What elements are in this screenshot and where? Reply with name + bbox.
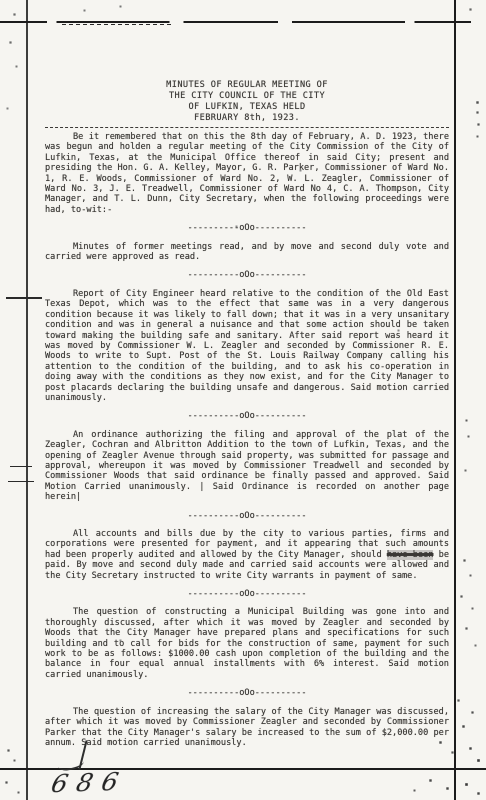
section-separator: ----------oOo---------- <box>45 589 449 599</box>
margin-tick-mark <box>8 481 34 482</box>
section-separator: ----------oOo---------- <box>45 688 449 698</box>
section-separator: ----------oOo---------- <box>45 223 449 233</box>
left-margin-line <box>26 0 28 800</box>
top-rule-secondary <box>62 24 174 25</box>
paragraph-municipal-building: The question of constructing a Municipal… <box>45 607 449 680</box>
title-divider-rule <box>45 127 449 128</box>
margin-tick-mark <box>10 466 32 467</box>
paragraph-plat-ordinance: An ordinance authorizing the filing and … <box>45 430 449 503</box>
right-margin-line <box>454 0 456 800</box>
section-separator: ----------oOo---------- <box>45 270 449 280</box>
title-line-2: THE CITY COUNCIL OF THE CITY <box>45 91 449 102</box>
document-body: MINUTES OF REGULAR MEETING OF THE CITY C… <box>45 54 449 748</box>
page-number: 686 <box>49 767 131 799</box>
paragraph-minutes-approved: Minutes of former meetings read, and by … <box>45 242 449 263</box>
title-line-3: OF LUFKIN, TEXAS HELD <box>45 102 449 113</box>
scan-noise <box>0 0 1 1</box>
top-rule <box>0 21 471 23</box>
title-line-1: MINUTES OF REGULAR MEETING OF <box>45 80 449 91</box>
paragraph-manager-salary: The question of increasing the salary of… <box>45 707 449 749</box>
paragraph-engineer-report: Report of City Engineer heard relative t… <box>45 289 449 403</box>
margin-tick-mark <box>6 297 42 299</box>
scanned-page: MINUTES OF REGULAR MEETING OF THE CITY C… <box>0 0 486 800</box>
struck-out-word: have been <box>387 550 434 560</box>
section-separator: ----------oOo---------- <box>45 411 449 421</box>
title-line-4: FEBRUARY 8th, 1923. <box>45 113 449 124</box>
section-separator: ----------oOo---------- <box>45 511 449 521</box>
paragraph-opening: Be it remembered that on this the 8th da… <box>45 132 449 215</box>
document-title: MINUTES OF REGULAR MEETING OF THE CITY C… <box>45 80 449 124</box>
paragraph-accounts: All accounts and bills due by the city t… <box>45 529 449 581</box>
